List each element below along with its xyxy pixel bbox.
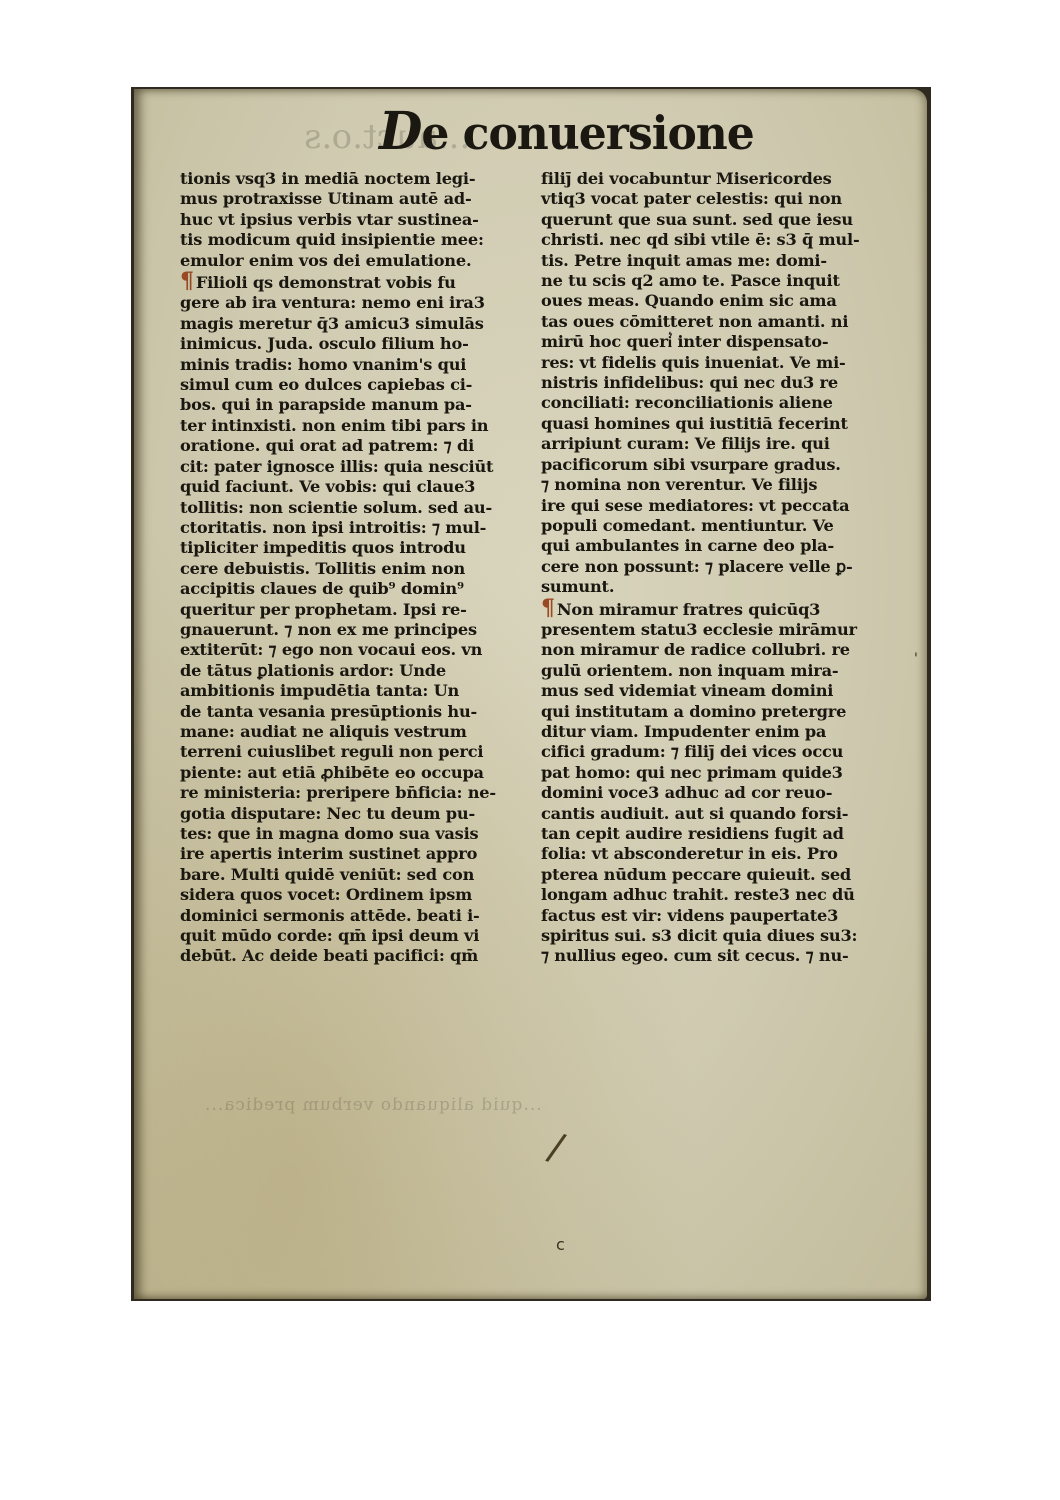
text-line-content: qui ambulantes in carne deo pla-: [541, 536, 834, 555]
text-line: querunt que sua sunt. sed que iesu: [541, 210, 881, 230]
text-line-content: ctoritatis. non ipsi introitis: ⁊ mul-: [180, 518, 486, 537]
text-line-content: cit: pater ignosce illis: quia nesciūt: [180, 457, 493, 476]
text-line-content: nistris infidelibus: qui nec du3 re: [541, 373, 838, 392]
text-column-left: tionis vsq3 in mediā noctem legi-mus pro…: [180, 169, 520, 967]
text-line: tollitis: non scientie solum. sed au-: [180, 498, 520, 518]
text-line-content: Filioli qs demonstrat vobis fu: [196, 273, 456, 292]
text-line: domini voce3 adhuc ad cor reuo-: [541, 783, 881, 803]
text-line-content: qui institutam a domino pretergre: [541, 702, 846, 721]
text-line: cifici gradum: ⁊ filij̄ dei vices occu: [541, 742, 881, 762]
text-line: tan cepit audire residiens fugit ad: [541, 824, 881, 844]
text-line: arripiunt curam: Ve filijs ire. qui: [541, 434, 881, 454]
text-line-content: factus est vir: videns paupertate3: [541, 906, 838, 925]
text-line: folia: vt absconderetur in eis. Pro: [541, 844, 881, 864]
text-line: gulū orientem. non inquam mira-: [541, 661, 881, 681]
text-line: oues meas. Quando enim sic ama: [541, 291, 881, 311]
text-line-content: quit mūdo corde: qm̄ ipsi deum vi: [180, 926, 479, 945]
text-line: mus protraxisse Utinam autē ad-: [180, 189, 520, 209]
running-head-text: e conuersione: [421, 107, 753, 161]
text-line-content: re ministeria: preripere bn̄ficia: ne-: [180, 783, 496, 802]
text-line-content: folia: vt absconderetur in eis. Pro: [541, 844, 838, 863]
text-line-content: tas oues cōmitteret non amanti. ni: [541, 312, 848, 331]
text-line: longam adhuc trahit. reste3 nec dū: [541, 885, 881, 905]
text-line: ctoritatis. non ipsi introitis: ⁊ mul-: [180, 518, 520, 538]
text-line: tis. Petre inquit amas me: domi-: [541, 251, 881, 271]
text-line-content: pat homo: qui nec primam quide3: [541, 763, 843, 782]
text-line: christi. nec qd sibi vtile ē: s3 q̄ mul-: [541, 230, 881, 250]
text-line-content: spiritus sui. s3 dicit quia diues su3:: [541, 926, 857, 945]
text-line-content: queritur per prophetam. Ipsi re-: [180, 600, 467, 619]
text-line: filij̄ dei vocabuntur Misericordes: [541, 169, 881, 189]
text-line: ⁊ nomina non verentur. Ve filijs: [541, 475, 881, 495]
margin-tick-mark: ': [914, 651, 918, 667]
text-line-content: mus sed videmiat vineam domini: [541, 681, 833, 700]
text-line: piente: aut etiā ꝓhibēte eo occupa: [180, 763, 520, 783]
text-line-content: quid faciunt. Ve vobis: qui claue3: [180, 477, 475, 496]
text-line-content: ire apertis interim sustinet appro: [180, 844, 477, 863]
text-line-content: filij̄ dei vocabuntur Misericordes: [541, 169, 832, 188]
text-line: ne tu scis q2 amo te. Pasce inquit: [541, 271, 881, 291]
text-line-content: gulū orientem. non inquam mira-: [541, 661, 838, 680]
text-line-content: inimicus. Juda. osculo filium ho-: [180, 334, 469, 353]
text-line-content: gotia disputare: Nec tu deum pu-: [180, 804, 475, 823]
text-line-content: querunt que sua sunt. sed que iesu: [541, 210, 853, 229]
text-line-content: longam adhuc trahit. reste3 nec dū: [541, 885, 855, 904]
text-line-content: populi comedant. mentiuntur. Ve: [541, 516, 834, 535]
text-line-content: quasi homines qui iustitiā fecerint: [541, 414, 848, 433]
text-line: pterea nūdum peccare quieuit. sed: [541, 865, 881, 885]
text-line: cantis audiuit. aut si quando forsi-: [541, 804, 881, 824]
text-line-content: tan cepit audire residiens fugit ad: [541, 824, 844, 843]
text-line-content: bos. qui in parapside manum pa-: [180, 395, 472, 414]
text-line: ire qui sese mediatores: vt peccata: [541, 496, 881, 516]
text-line-content: sidera quos vocet: Ordinem ipsm: [180, 885, 472, 904]
text-line: queritur per prophetam. Ipsi re-: [180, 600, 520, 620]
text-line-content: simul cum eo dulces capiebas ci-: [180, 375, 472, 394]
running-head: De conuersione: [379, 100, 754, 162]
text-line-content: magis meretur q̄3 amicu3 simulās: [180, 314, 484, 333]
text-line-content: ditur viam. Impudenter enim pa: [541, 722, 826, 741]
signature-mark: c: [556, 1235, 565, 1254]
text-line-content: gnauerunt. ⁊ non ex me principes: [180, 620, 477, 639]
text-line: conciliati: reconciliationis aliene: [541, 393, 881, 413]
text-line: inimicus. Juda. osculo filium ho-: [180, 334, 520, 354]
text-line: gere ab ira ventura: nemo eni ira3: [180, 293, 520, 313]
text-line-content: de tātus ꝑlationis ardor: Unde: [180, 661, 446, 680]
text-line-content: christi. nec qd sibi vtile ē: s3 q̄ mul-: [541, 230, 859, 249]
text-line: qui ambulantes in carne deo pla-: [541, 536, 881, 556]
text-line-content: accipitis claues de quib⁹ domin⁹: [180, 579, 464, 598]
text-line: debūt. Ac deide beati pacifici: qm̄: [180, 946, 520, 966]
text-line: ambitionis impudētia tanta: Un: [180, 681, 520, 701]
text-line-content: pterea nūdum peccare quieuit. sed: [541, 865, 851, 884]
text-line: non miramur de radice collubri. re: [541, 640, 881, 660]
text-line-content: mirū hoc queri͛ inter dispensato-: [541, 332, 828, 351]
text-line: simul cum eo dulces capiebas ci-: [180, 375, 520, 395]
text-line: gnauerunt. ⁊ non ex me principes: [180, 620, 520, 640]
text-line-content: ⁊ nomina non verentur. Ve filijs: [541, 475, 817, 494]
text-line: magis meretur q̄3 amicu3 simulās: [180, 314, 520, 334]
text-line: mirū hoc queri͛ inter dispensato-: [541, 332, 881, 352]
text-line-content: tis. Petre inquit amas me: domi-: [541, 251, 827, 270]
text-line-content: dominici sermonis attēde. beati i-: [180, 906, 480, 925]
text-line: sumunt.: [541, 577, 881, 597]
text-line: factus est vir: videns paupertate3: [541, 906, 881, 926]
text-line: oratione. qui orat ad patrem: ⁊ di: [180, 436, 520, 456]
rubric-paragraph-mark: ¶: [541, 595, 555, 621]
text-line: ⁊ nullius egeo. cum sit cecus. ⁊ nu-: [541, 946, 881, 966]
text-line: cere non possunt: ⁊ placere velle ꝑ-: [541, 557, 881, 577]
text-line: tes: que in magna domo sua vasis: [180, 824, 520, 844]
text-line-content: debūt. Ac deide beati pacifici: qm̄: [180, 946, 478, 965]
text-line: re ministeria: preripere bn̄ficia: ne-: [180, 783, 520, 803]
text-column-right: filij̄ dei vocabuntur Misericordesvtiq3 …: [541, 169, 881, 967]
text-line: quid faciunt. Ve vobis: qui claue3: [180, 477, 520, 497]
text-line-content: non miramur de radice collubri. re: [541, 640, 850, 659]
text-line-content: tionis vsq3 in mediā noctem legi-: [180, 169, 475, 188]
text-line: qui institutam a domino pretergre: [541, 702, 881, 722]
text-line: ¶Non miramur fratres quicūq3: [541, 598, 881, 620]
text-line: tis modicum quid insipientie mee:: [180, 230, 520, 250]
text-line-content: ⁊ nullius egeo. cum sit cecus. ⁊ nu-: [541, 946, 849, 965]
text-line-content: oratione. qui orat ad patrem: ⁊ di: [180, 436, 474, 455]
text-line-content: ire qui sese mediatores: vt peccata: [541, 496, 849, 515]
text-line-content: tipliciter impeditis quos introdu: [180, 538, 466, 557]
text-line: quit mūdo corde: qm̄ ipsi deum vi: [180, 926, 520, 946]
text-line-content: cere debuistis. Tollitis enim non: [180, 559, 465, 578]
text-line: extiterūt: ⁊ ego non vocaui eos. vn: [180, 640, 520, 660]
text-line-content: conciliati: reconciliationis aliene: [541, 393, 833, 412]
text-line: cit: pater ignosce illis: quia nesciūt: [180, 457, 520, 477]
text-line-content: extiterūt: ⁊ ego non vocaui eos. vn: [180, 640, 482, 659]
text-line: bare. Multi quidē veniūt: sed con: [180, 865, 520, 885]
text-line-content: mane: audiat ne aliquis vestrum: [180, 722, 467, 741]
text-line-content: Non miramur fratres quicūq3: [557, 600, 820, 619]
text-line: de tātus ꝑlationis ardor: Unde: [180, 661, 520, 681]
text-line: spiritus sui. s3 dicit quia diues su3:: [541, 926, 881, 946]
text-line-content: huc vt ipsius verbis vtar sustinea-: [180, 210, 479, 229]
text-line-content: domini voce3 adhuc ad cor reuo-: [541, 783, 832, 802]
text-line: ter intinxisti. non enim tibi pars in: [180, 416, 520, 436]
text-line-content: vtiq3 vocat pater celestis: qui non: [541, 189, 842, 208]
show-through-bottom: ...quid aliquando verbum predica...: [204, 1095, 542, 1115]
text-line-content: presentem statu3 ecclesie mirāmur: [541, 620, 857, 639]
text-line-content: cantis audiuit. aut si quando forsi-: [541, 804, 848, 823]
text-line-content: arripiunt curam: Ve filijs ire. qui: [541, 434, 830, 453]
text-line-content: tes: que in magna domo sua vasis: [180, 824, 478, 843]
text-line: dominici sermonis attēde. beati i-: [180, 906, 520, 926]
text-line: ditur viam. Impudenter enim pa: [541, 722, 881, 742]
text-line-content: oues meas. Quando enim sic ama: [541, 291, 837, 310]
text-line: accipitis claues de quib⁹ domin⁹: [180, 579, 520, 599]
text-line-content: tollitis: non scientie solum. sed au-: [180, 498, 492, 517]
text-line: nistris infidelibus: qui nec du3 re: [541, 373, 881, 393]
text-line-content: gere ab ira ventura: nemo eni ira3: [180, 293, 485, 312]
text-line: vtiq3 vocat pater celestis: qui non: [541, 189, 881, 209]
text-line-content: mus protraxisse Utinam autē ad-: [180, 189, 472, 208]
text-line-content: res: vt fidelis quis inueniat. Ve mi-: [541, 353, 846, 372]
text-line: cere debuistis. Tollitis enim non: [180, 559, 520, 579]
pen-stroke-mark: /: [544, 1124, 570, 1170]
text-line: gotia disputare: Nec tu deum pu-: [180, 804, 520, 824]
rubric-paragraph-mark: ¶: [180, 268, 194, 294]
text-line: ire apertis interim sustinet appro: [180, 844, 520, 864]
text-line-content: cifici gradum: ⁊ filij̄ dei vices occu: [541, 742, 843, 761]
text-line-content: piente: aut etiā ꝓhibēte eo occupa: [180, 763, 484, 782]
text-line-content: ne tu scis q2 amo te. Pasce inquit: [541, 271, 840, 290]
scanned-leaf: ...auct.o.s De conuersione tionis vsq3 i…: [131, 87, 931, 1301]
text-line: ¶Filioli qs demonstrat vobis fu: [180, 271, 520, 293]
text-line-content: terreni cuiuslibet reguli non perci: [180, 742, 483, 761]
text-line: sidera quos vocet: Ordinem ipsm: [180, 885, 520, 905]
text-line: tionis vsq3 in mediā noctem legi-: [180, 169, 520, 189]
text-line: pat homo: qui nec primam quide3: [541, 763, 881, 783]
text-line-content: cere non possunt: ⁊ placere velle ꝑ-: [541, 557, 853, 576]
text-line: quasi homines qui iustitiā fecerint: [541, 414, 881, 434]
text-line: huc vt ipsius verbis vtar sustinea-: [180, 210, 520, 230]
text-line: minis tradis: homo vnanim's qui: [180, 355, 520, 375]
text-line-content: ambitionis impudētia tanta: Un: [180, 681, 459, 700]
running-head-initial: D: [379, 100, 421, 162]
text-line: res: vt fidelis quis inueniat. Ve mi-: [541, 353, 881, 373]
text-line: de tanta vesania presūptionis hu-: [180, 702, 520, 722]
text-line: mane: audiat ne aliquis vestrum: [180, 722, 520, 742]
text-line-content: tis modicum quid insipientie mee:: [180, 230, 484, 249]
text-line: terreni cuiuslibet reguli non perci: [180, 742, 520, 762]
parchment-page: ...auct.o.s De conuersione tionis vsq3 i…: [134, 89, 927, 1299]
text-line: mus sed videmiat vineam domini: [541, 681, 881, 701]
text-line-content: minis tradis: homo vnanim's qui: [180, 355, 466, 374]
text-line: presentem statu3 ecclesie mirāmur: [541, 620, 881, 640]
text-line-content: emulor enim vos dei emulatione.: [180, 251, 471, 270]
text-line-content: sumunt.: [541, 577, 614, 596]
text-line: populi comedant. mentiuntur. Ve: [541, 516, 881, 536]
text-line-content: pacificorum sibi vsurpare gradus.: [541, 455, 841, 474]
text-line: pacificorum sibi vsurpare gradus.: [541, 455, 881, 475]
text-line: tas oues cōmitteret non amanti. ni: [541, 312, 881, 332]
text-line: emulor enim vos dei emulatione.: [180, 251, 520, 271]
text-line: bos. qui in parapside manum pa-: [180, 395, 520, 415]
text-line-content: de tanta vesania presūptionis hu-: [180, 702, 477, 721]
text-line: tipliciter impeditis quos introdu: [180, 538, 520, 558]
text-line-content: ter intinxisti. non enim tibi pars in: [180, 416, 488, 435]
text-line-content: bare. Multi quidē veniūt: sed con: [180, 865, 474, 884]
